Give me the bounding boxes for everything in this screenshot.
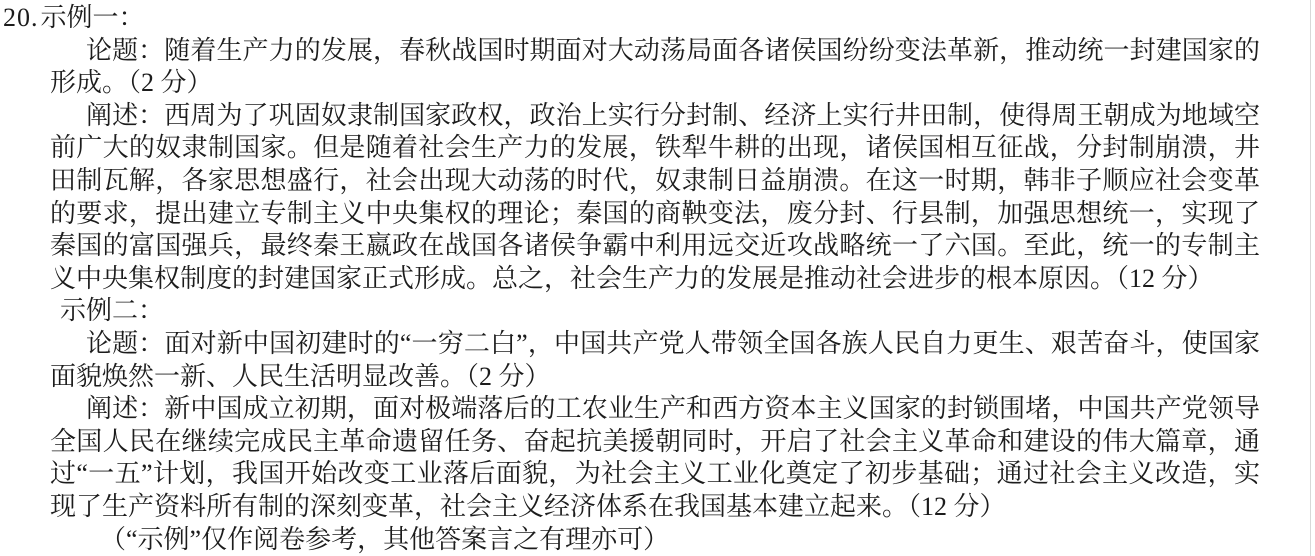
example1-heading: 示例一： — [41, 3, 145, 32]
example1-elaboration: 阐述：西周为了巩固奴隶制国家政权，政治上实行分封制、经济上实行井田制，使得周王朝… — [50, 100, 1260, 296]
example1-heading-line: 20.示例一： — [3, 2, 1260, 35]
answer-key-page: 20.示例一： 论题：随着生产力的发展，春秋战国时期面对大动荡局面各诸侯国纷纷变… — [0, 0, 1315, 556]
question-number: 20. — [3, 3, 41, 32]
scan-page-edge — [1310, 0, 1311, 556]
example2-thesis: 论题：面对新中国初建时的“一穷二白”，中国共产党人带领全国各族人民自力更生、艰苦… — [50, 328, 1260, 393]
grading-note: （“示例”仅作阅卷参考，其他答案言之有理亦可） — [50, 524, 1260, 556]
example1-thesis: 论题：随着生产力的发展，春秋战国时期面对大动荡局面各诸侯国纷纷变法革新，推动统一… — [50, 35, 1260, 100]
example2-heading: 示例二： — [50, 295, 1260, 328]
example2-elaboration: 阐述：新中国成立初期，面对极端落后的工农业生产和西方资本主义国家的封锁围堵，中国… — [50, 393, 1260, 523]
